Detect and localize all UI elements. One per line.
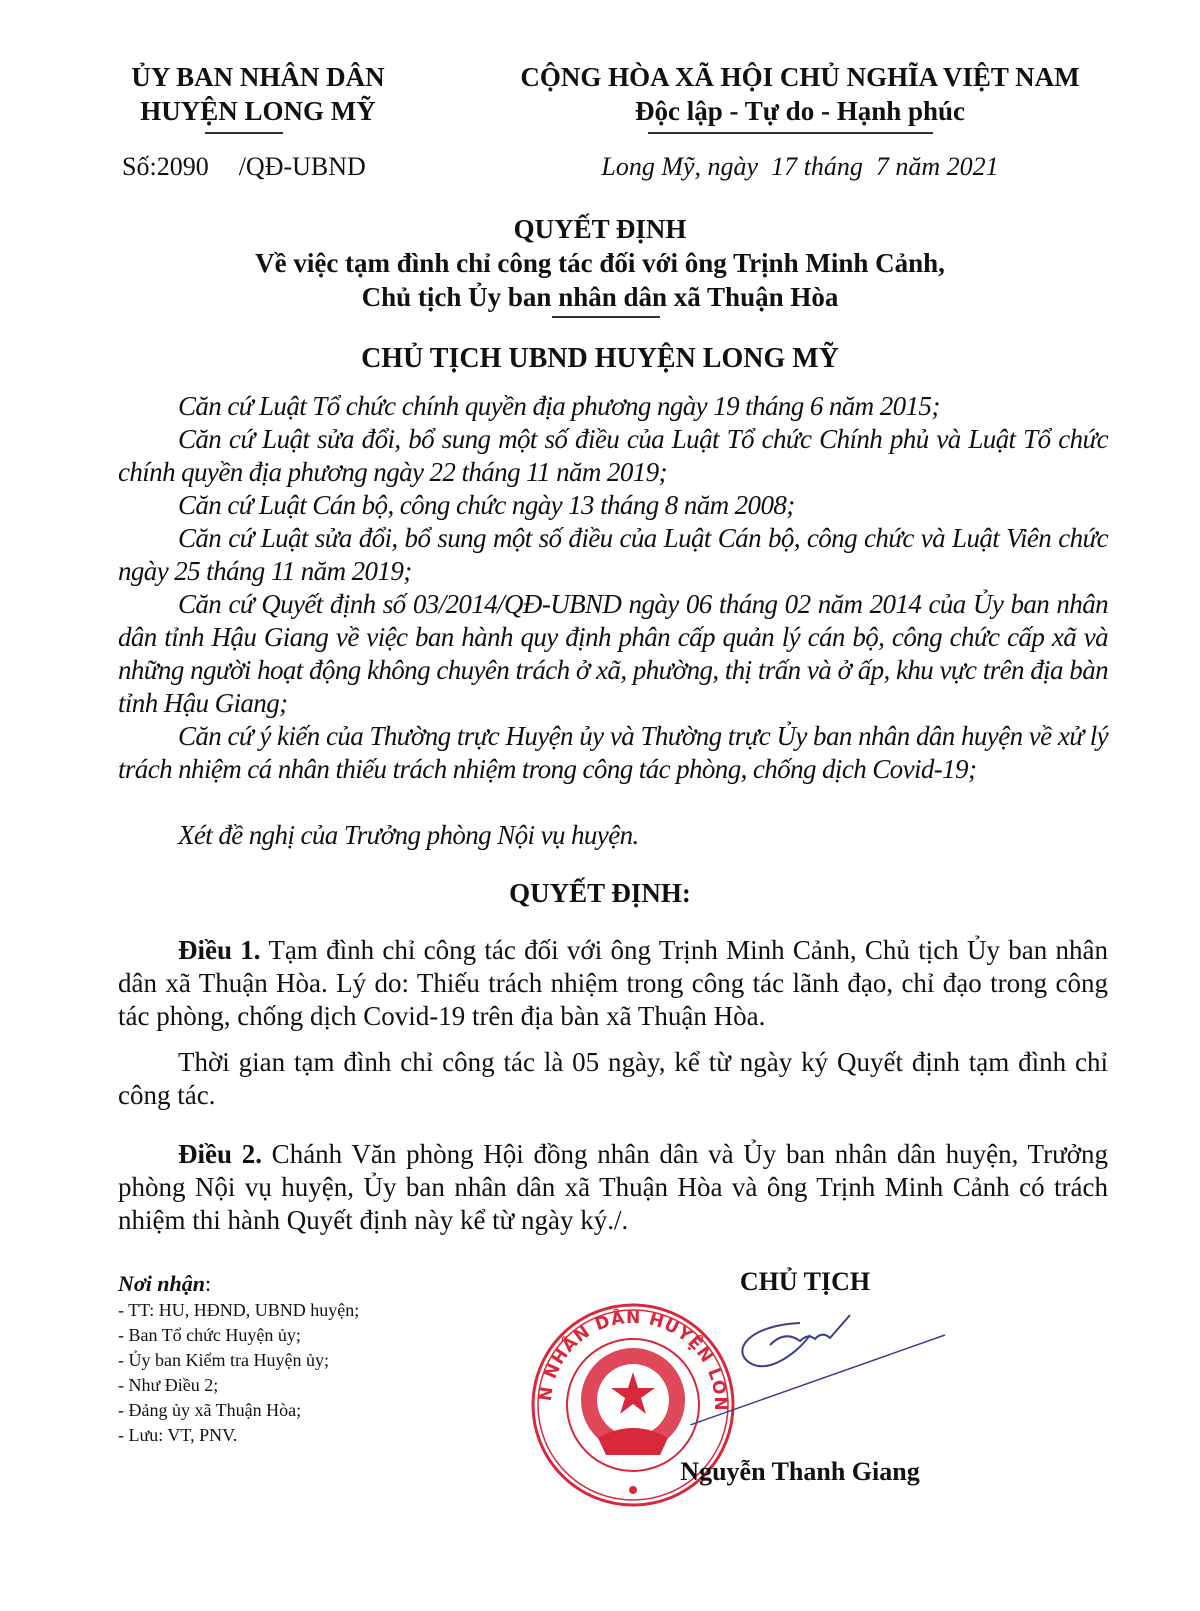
article-1-duration: Thời gian tạm đình chỉ công tác là 05 ng… (118, 1046, 1108, 1112)
signer-name: Nguyễn Thanh Giang (650, 1456, 950, 1488)
article-1-label: Điều 1. (178, 935, 261, 965)
subject-line-1: Về việc tạm đình chỉ công tác đối với ôn… (100, 246, 1100, 280)
national-title: CỘNG HÒA XÃ HỘI CHỦ NGHĨA VIỆT NAM Độc l… (505, 60, 1095, 128)
document-type: QUYẾT ĐỊNH (100, 212, 1100, 246)
recipient-item: - Đảng ủy xã Thuận Hòa; (118, 1398, 498, 1423)
legal-basis-5: Căn cứ Quyết định số 03/2014/QĐ-UBND ngà… (118, 588, 1108, 720)
national-motto: Độc lập - Tự do - Hạnh phúc (505, 94, 1095, 128)
recipients-heading-colon: : (205, 1271, 211, 1296)
issuing-authority: CHỦ TỊCH UBND HUYỆN LONG MỸ (100, 341, 1100, 377)
number-label: Số: (122, 152, 157, 181)
subject-underline (552, 316, 660, 318)
legal-basis-6: Căn cứ ý kiến của Thường trực Huyện ủy v… (118, 720, 1108, 786)
duration-text: Thời gian tạm đình chỉ công tác là 05 ng… (118, 1047, 1108, 1110)
title-block: QUYẾT ĐỊNH Về việc tạm đình chỉ công tác… (100, 212, 1100, 314)
recipient-item: - Ủy ban Kiểm tra Huyện ủy; (118, 1348, 498, 1373)
handwritten-signature-icon (690, 1305, 960, 1425)
recipient-item: - TT: HU, HĐND, UBND huyện; (118, 1298, 498, 1323)
agency-line1: ỦY BAN NHÂN DÂN (88, 60, 428, 94)
number-value: 2090 (157, 152, 209, 181)
subject-line-2: Chủ tịch Ủy ban nhân dân xã Thuận Hòa (100, 280, 1100, 314)
article-2: Điều 2. Chánh Văn phòng Hội đồng nhân dâ… (118, 1138, 1108, 1237)
recipient-item: - Lưu: VT, PNV. (118, 1423, 498, 1448)
legal-basis-3: Căn cứ Luật Cán bộ, công chức ngày 13 th… (118, 489, 1108, 522)
legal-basis-7: Xét đề nghị của Trưởng phòng Nội vụ huyệ… (118, 819, 1108, 852)
article-2-label: Điều 2. (178, 1139, 262, 1169)
number-suffix: /QĐ-UBND (239, 152, 366, 181)
motto-underline (648, 132, 933, 134)
place-date: Long Mỹ, ngày 17 tháng 7 năm 2021 (520, 152, 1080, 182)
article-2-text: Chánh Văn phòng Hội đồng nhân dân và Ủy … (118, 1139, 1108, 1235)
signature-title: CHỦ TỊCH (680, 1266, 930, 1298)
issuing-agency: ỦY BAN NHÂN DÂN HUYỆN LONG MỸ (88, 60, 428, 128)
article-1-text: Tạm đình chỉ công tác đối với ông Trịnh … (118, 935, 1108, 1031)
recipients-block: Nơi nhận: - TT: HU, HĐND, UBND huyện; - … (118, 1270, 498, 1448)
recipient-item: - Như Điều 2; (118, 1373, 498, 1398)
agency-line2: HUYỆN LONG MỸ (88, 94, 428, 128)
recipients-heading: Nơi nhận (118, 1271, 205, 1296)
agency-underline (205, 132, 283, 134)
recipient-item: - Ban Tổ chức Huyện ủy; (118, 1323, 498, 1348)
legal-basis-2: Căn cứ Luật sửa đổi, bổ sung một số điều… (118, 423, 1108, 489)
decision-heading: QUYẾT ĐỊNH: (100, 876, 1100, 910)
document-number: Số:2090/QĐ-UBND (122, 152, 366, 182)
article-1: Điều 1. Tạm đình chỉ công tác đối với ôn… (118, 934, 1108, 1033)
legal-basis-1: Căn cứ Luật Tổ chức chính quyền địa phươ… (118, 390, 1108, 423)
legal-basis-4: Căn cứ Luật sửa đổi, bổ sung một số điều… (118, 522, 1108, 588)
national-name: CỘNG HÒA XÃ HỘI CHỦ NGHĨA VIỆT NAM (505, 60, 1095, 94)
